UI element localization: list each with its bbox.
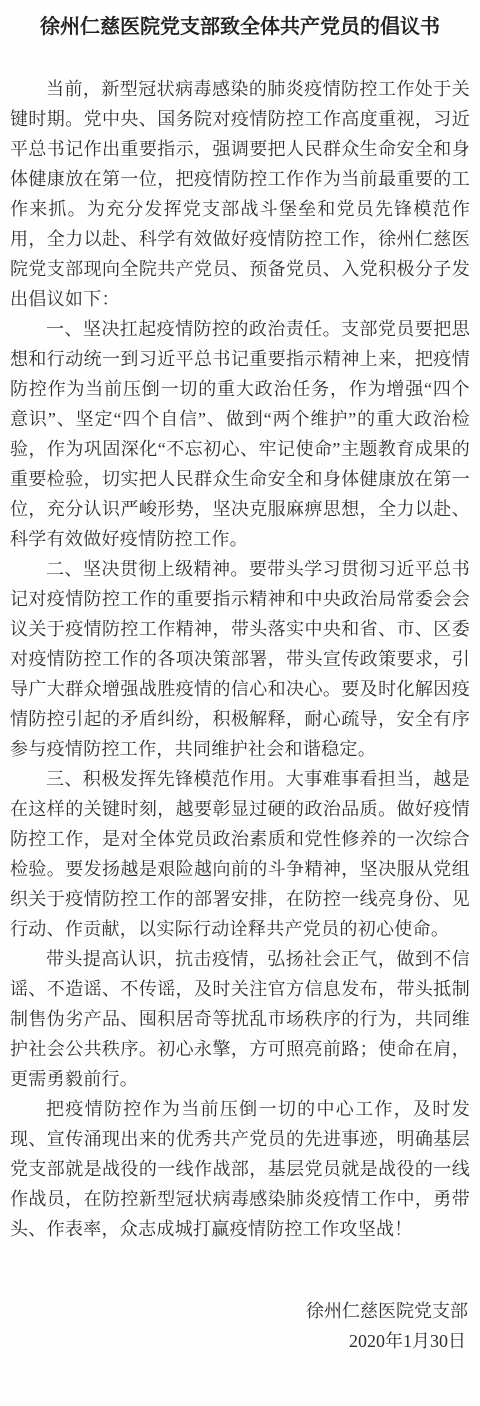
body-paragraph-point-3: 三、积极发挥先锋模范作用。大事难事看担当，越是在这样的关键时刻，越要彰显过硬的政… bbox=[10, 764, 470, 944]
body-paragraph-point-2: 二、坚决贯彻上级精神。要带头学习贯彻习近平总书记对疫情防控工作的重要指示精神和中… bbox=[10, 554, 470, 764]
signature-organization: 徐州仁慈医院党支部 bbox=[10, 1296, 470, 1326]
document-body: 当前，新型冠状病毒感染的肺炎疫情防控工作处于关键时期。党中央、国务院对疫情防控工… bbox=[10, 74, 470, 1244]
document-page: 徐州仁慈医院党支部致全体共产党员的倡议书 当前，新型冠状病毒感染的肺炎疫情防控工… bbox=[0, 0, 480, 1406]
body-paragraph-closing: 把疫情防控作为当前压倒一切的中心工作，及时发现、宣传涌现出来的优秀共产党员的先进… bbox=[10, 1094, 470, 1244]
body-paragraph-point-1: 一、坚决扛起疫情防控的政治责任。支部党员要把思想和行动统一到习近平总书记重要指示… bbox=[10, 314, 470, 554]
body-paragraph-intro: 当前，新型冠状病毒感染的肺炎疫情防控工作处于关键时期。党中央、国务院对疫情防控工… bbox=[10, 74, 470, 314]
signature-block: 徐州仁慈医院党支部 2020年1月30日 bbox=[10, 1296, 470, 1356]
body-paragraph-appeal: 带头提高认识，抗击疫情，弘扬社会正气，做到不信谣、不造谣、不传谣，及时关注官方信… bbox=[10, 944, 470, 1094]
signature-date: 2020年1月30日 bbox=[10, 1326, 470, 1356]
document-title: 徐州仁慈医院党支部致全体共产党员的倡议书 bbox=[10, 12, 470, 42]
